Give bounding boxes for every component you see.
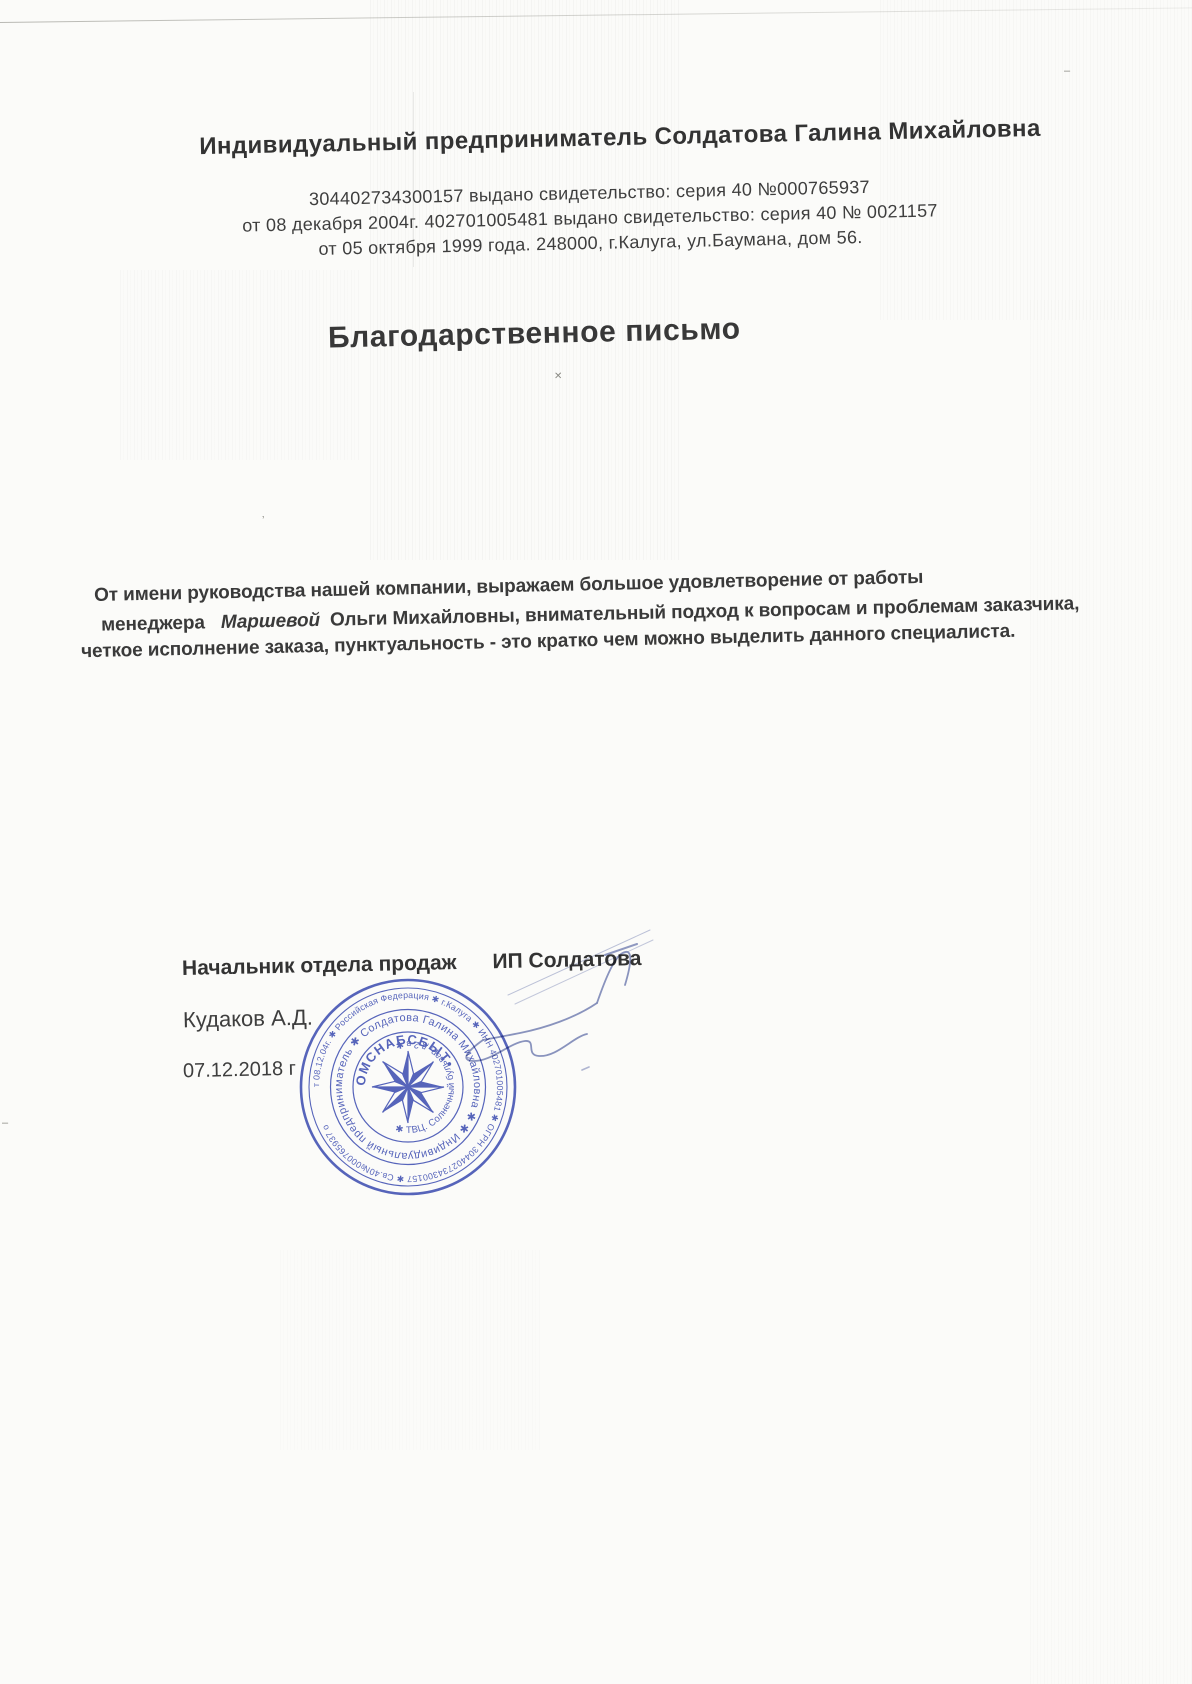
scan-speck: ✕ bbox=[554, 372, 562, 382]
document-title: Благодарственное письмо bbox=[328, 313, 741, 356]
signature-stroke bbox=[508, 930, 650, 995]
signature-stroke bbox=[597, 952, 630, 1003]
registration-block: 304402734300157 выдано свидетельство: се… bbox=[0, 168, 1181, 269]
signature-stroke bbox=[515, 940, 653, 1004]
manager-name-italic: Маршевой bbox=[221, 610, 321, 633]
scan-noise-band bbox=[370, 0, 680, 560]
body-line-2-lead: менеджера bbox=[101, 612, 205, 635]
scan-speck: – bbox=[1064, 66, 1070, 76]
signature-dot bbox=[582, 1067, 589, 1070]
scanned-letter-page: ʼ ✕ – – Индивидуальный предприниматель С… bbox=[0, 0, 1192, 1684]
scan-noise-band bbox=[120, 270, 360, 460]
header-line: Индивидуальный предприниматель Солдатова… bbox=[185, 115, 1055, 162]
handwritten-signature-svg bbox=[425, 900, 665, 1090]
scan-speck: ʼ bbox=[262, 516, 264, 526]
scan-noise-band bbox=[880, 0, 1192, 320]
scan-speck: – bbox=[2, 1118, 8, 1128]
scan-noise-band bbox=[280, 1250, 540, 1450]
signature-flourish bbox=[466, 1034, 587, 1061]
signature-stroke bbox=[483, 1003, 597, 1040]
scan-noise-band bbox=[1030, 300, 1192, 1684]
scan-edge-line bbox=[0, 7, 1192, 23]
